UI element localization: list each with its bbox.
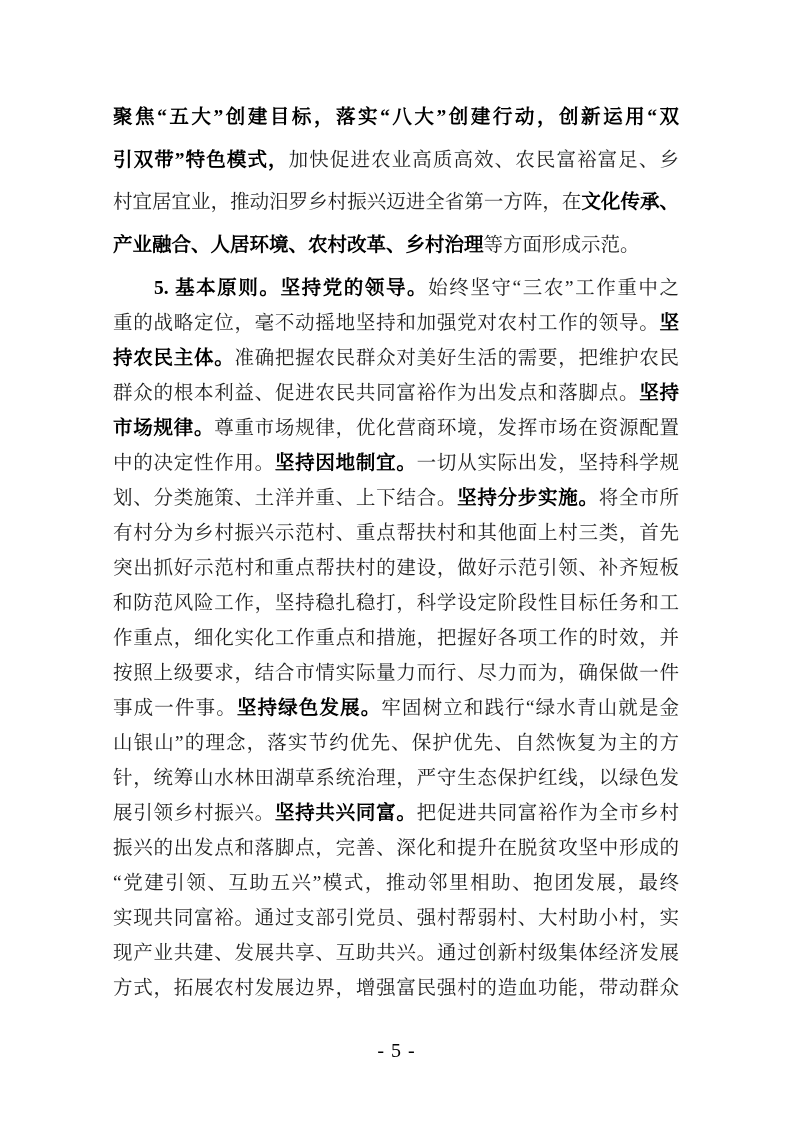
text-line: 群众的根本利益、促进农民共同富裕作为出发点和落脚点。坚持 bbox=[113, 376, 679, 411]
text-run: 方式，拓展农村发展边界，增强富民强村的造血功能，带动群众 bbox=[113, 978, 679, 999]
text-run: 把促进共同富裕作为全市乡村 bbox=[417, 803, 679, 824]
bold-text-run: 持农民主体。 bbox=[113, 348, 234, 369]
text-run: 一切从实际出发，坚持科学规 bbox=[417, 453, 679, 474]
text-run: 按照上级要求，结合市情实际量力而行、尽力而为，确保做一件 bbox=[113, 663, 679, 684]
text-line: 按照上级要求，结合市情实际量力而行、尽力而为，确保做一件 bbox=[113, 656, 679, 691]
text-line: 作重点，细化实化工作重点和措施，把握好各项工作的时效，并 bbox=[113, 621, 679, 656]
bold-text-run: 市场规律。 bbox=[113, 418, 214, 439]
bold-text-run: 引双带”特色模式， bbox=[113, 150, 289, 171]
text-run: 尊重市场规律，优化营商环境，发挥市场在资源配置 bbox=[214, 418, 679, 439]
bold-text-run: 坚持 bbox=[639, 383, 679, 404]
text-run: 振兴的出发点和落脚点，完善、深化和提升在脱贫攻坚中形成的 bbox=[113, 838, 679, 859]
text-line: 重的战略定位，毫不动摇地坚持和加强党对农村工作的领导。坚 bbox=[113, 306, 679, 341]
text-line: “党建引领、互助五兴”模式，推动邻里相助、抱团发展，最终 bbox=[113, 866, 679, 901]
document-body: 聚焦“五大”创建目标，落实“八大”创建行动，创新运用“双引双带”特色模式，加快促… bbox=[113, 97, 679, 1006]
text-line: 展引领乡村振兴。坚持共兴同富。把促进共同富裕作为全市乡村 bbox=[113, 796, 679, 831]
bold-text-run: 坚持因地制宜。 bbox=[275, 453, 417, 474]
text-run: 加快促进农业高质高效、农民富裕富足、乡 bbox=[289, 150, 679, 171]
text-run: 事成一件事。 bbox=[113, 698, 237, 719]
bold-text-run: 5. 基本原则。坚持党的领导。 bbox=[154, 278, 428, 299]
text-run: 村宜居宜业，推动汨罗乡村振兴迈进全省第一方阵，在 bbox=[113, 192, 581, 213]
text-line: 和防范风险工作，坚持稳扎稳打，科学设定阶段性目标任务和工 bbox=[113, 586, 679, 621]
bold-text-run: 文化传承、 bbox=[581, 192, 679, 213]
paragraph-5-basic-principles: 5. 基本原则。坚持党的领导。始终坚守“三农”工作重中之重的战略定位，毫不动摇地… bbox=[113, 271, 679, 1006]
text-run: 现产业共建、发展共享、互助共兴。通过创新村级集体经济发展 bbox=[113, 943, 679, 964]
text-run: 牢固树立和践行“绿水青山就是金 bbox=[381, 698, 679, 719]
text-run: 始终坚守“三农”工作重中之 bbox=[428, 278, 679, 299]
text-line: 引双带”特色模式，加快促进农业高质高效、农民富裕富足、乡 bbox=[113, 140, 679, 183]
text-run: 中的决定性作用。 bbox=[113, 453, 275, 474]
bold-text-run: 坚持分步实施。 bbox=[457, 488, 599, 509]
text-run: 等方面形成示范。 bbox=[484, 235, 640, 256]
text-line: 村宜居宜业，推动汨罗乡村振兴迈进全省第一方阵，在文化传承、 bbox=[113, 182, 679, 225]
page-number: - 5 - bbox=[0, 1040, 793, 1063]
text-line: 中的决定性作用。坚持因地制宜。一切从实际出发，坚持科学规 bbox=[113, 446, 679, 481]
text-line: 产业融合、人居环境、农村改革、乡村治理等方面形成示范。 bbox=[113, 225, 679, 268]
text-run: 和防范风险工作，坚持稳扎稳打，科学设定阶段性目标任务和工 bbox=[113, 593, 679, 614]
text-line: 划、分类施策、土洋并重、上下结合。坚持分步实施。将全市所 bbox=[113, 481, 679, 516]
text-run: 重的战略定位，毫不动摇地坚持和加强党对农村工作的领导。 bbox=[113, 313, 659, 334]
paragraph-goals-continuation: 聚焦“五大”创建目标，落实“八大”创建行动，创新运用“双引双带”特色模式，加快促… bbox=[113, 97, 679, 267]
text-line: 5. 基本原则。坚持党的领导。始终坚守“三农”工作重中之 bbox=[113, 271, 679, 306]
text-run: 突出抓好示范村和重点帮扶村的建设，做好示范引领、补齐短板 bbox=[113, 558, 679, 579]
text-run: 实现共同富裕。通过支部引党员、强村帮弱村、大村助小村，实 bbox=[113, 908, 679, 929]
text-line: 突出抓好示范村和重点帮扶村的建设，做好示范引领、补齐短板 bbox=[113, 551, 679, 586]
text-line: 持农民主体。准确把握农民群众对美好生活的需要，把维护农民 bbox=[113, 341, 679, 376]
bold-text-run: 坚持绿色发展。 bbox=[237, 698, 382, 719]
text-run: “党建引领、互助五兴”模式，推动邻里相助、抱团发展，最终 bbox=[113, 873, 679, 894]
text-run: 针，统筹山水林田湖草系统治理，严守生态保护红线，以绿色发 bbox=[113, 768, 679, 789]
text-line: 实现共同富裕。通过支部引党员、强村帮弱村、大村助小村，实 bbox=[113, 901, 679, 936]
text-line: 事成一件事。坚持绿色发展。牢固树立和践行“绿水青山就是金 bbox=[113, 691, 679, 726]
text-run: 展引领乡村振兴。 bbox=[113, 803, 275, 824]
bold-text-run: 聚焦“五大”创建目标，落实“八大”创建行动，创新运用“双 bbox=[113, 107, 679, 128]
text-run: 山银山”的理念，落实节约优先、保护优先、自然恢复为主的方 bbox=[113, 733, 679, 754]
text-line: 方式，拓展农村发展边界，增强富民强村的造血功能，带动群众 bbox=[113, 971, 679, 1006]
text-run: 划、分类施策、土洋并重、上下结合。 bbox=[113, 488, 457, 509]
bold-text-run: 坚 bbox=[659, 313, 679, 334]
text-line: 有村分为乡村振兴示范村、重点帮扶村和其他面上村三类，首先 bbox=[113, 516, 679, 551]
text-line: 聚焦“五大”创建目标，落实“八大”创建行动，创新运用“双 bbox=[113, 97, 679, 140]
text-line: 针，统筹山水林田湖草系统治理，严守生态保护红线，以绿色发 bbox=[113, 761, 679, 796]
text-run: 有村分为乡村振兴示范村、重点帮扶村和其他面上村三类，首先 bbox=[113, 523, 679, 544]
text-line: 振兴的出发点和落脚点，完善、深化和提升在脱贫攻坚中形成的 bbox=[113, 831, 679, 866]
text-run: 将全市所 bbox=[599, 488, 679, 509]
text-run: 群众的根本利益、促进农民共同富裕作为出发点和落脚点。 bbox=[113, 383, 639, 404]
bold-text-run: 产业融合、人居环境、农村改革、乡村治理 bbox=[113, 235, 484, 256]
text-run: 准确把握农民群众对美好生活的需要，把维护农民 bbox=[234, 348, 679, 369]
text-line: 现产业共建、发展共享、互助共兴。通过创新村级集体经济发展 bbox=[113, 936, 679, 971]
text-line: 市场规律。尊重市场规律，优化营商环境，发挥市场在资源配置 bbox=[113, 411, 679, 446]
text-line: 山银山”的理念，落实节约优先、保护优先、自然恢复为主的方 bbox=[113, 726, 679, 761]
bold-text-run: 坚持共兴同富。 bbox=[275, 803, 417, 824]
text-run: 作重点，细化实化工作重点和措施，把握好各项工作的时效，并 bbox=[113, 628, 679, 649]
document-page: 聚焦“五大”创建目标，落实“八大”创建行动，创新运用“双引双带”特色模式，加快促… bbox=[0, 0, 793, 1122]
